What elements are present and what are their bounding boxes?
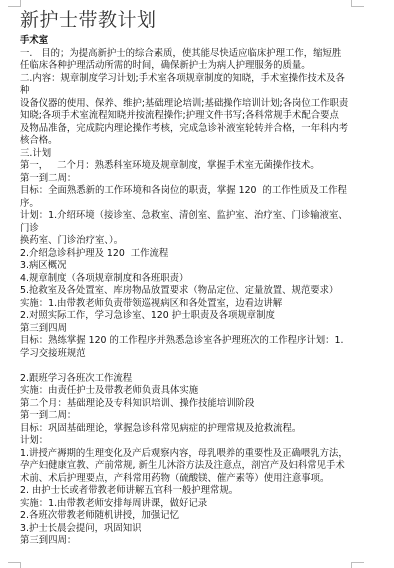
page-corner-mark-top-right [351, 0, 364, 7]
document-title: 新护士带教计划 [20, 9, 352, 31]
document-line: 换药室、门诊治疗室、）。 [20, 235, 352, 248]
document-line: 实施：1.由带教老师负责带领巡视病区和各处置室，边看边讲解 [20, 298, 352, 311]
document-body: 一. 目的；为提高新护士的综合素质，使其能尽快适应临床护理工作，缩短胜任临床各种… [20, 48, 352, 548]
document-line: 3.护士长晨会提问，巩固知识 [20, 523, 352, 536]
page-corner-mark-bottom-right [351, 562, 364, 568]
document-line: 1.讲授产褥期的生理变化及产后观察内容，母乳喂养的重要性及正确喂乳方法， [20, 448, 352, 461]
document-line: 一. 目的；为提高新护士的综合素质，使其能尽快适应临床护理工作，缩短胜 [20, 48, 352, 61]
document-line: 任临床各种护理活动所需的时间，确保新护士为病人护理服务的质量。 [20, 60, 352, 73]
document-line: 2.介绍急诊科护理及 120 工作流程 [20, 248, 352, 261]
document-line: 三.计划 [20, 148, 352, 161]
page-corner-mark-top-left [8, 0, 21, 7]
document-line: 目标：熟练掌握 120 的工作程序并熟悉急诊室各护理班次的工作程序计划：1. [20, 335, 352, 348]
document-line: 术前、术后护理要点，产科常用药物（硫酸镁、催产素等）使用注意事项。 [20, 473, 352, 486]
document-line: 第三到四周： [20, 535, 352, 548]
document-line: 2.各班次带教老师随机讲授，加强记忆 [20, 510, 352, 523]
document-line: 2. 由护士长或者带教老师讲解五官科一般护理常规。 [20, 485, 352, 498]
document-line: 3.病区概况 [20, 260, 352, 273]
document-line: 第一， 二个月：熟悉科室环境及规章制度，掌握手术室无菌操作技术。 [20, 160, 352, 173]
document-line: 第三到四周 [20, 323, 352, 336]
document-line: 5.抢救室及各处置室、库房物品放置要求（物品定位、定量放置、规范要求） [20, 285, 352, 298]
document-line: 知晓;各项手术室流程知晓并按流程操作;护理文件书写;各科常规手术配合要点 [20, 110, 352, 123]
document-line: 计划： [20, 435, 352, 448]
page-corner-mark-bottom-left [8, 562, 21, 568]
department-heading: 手术室 [20, 35, 352, 48]
document-line: 二.内容：规章制度学习计划;手术室各项规章制度的知晓，手术室操作技术及各 [20, 73, 352, 86]
document-line: 种 [20, 85, 352, 98]
document-line: 学习交接班规范 [20, 348, 352, 361]
document-line: 及物品准备，完成院内理论操作考核，完成急诊补液室轮转并合格，一年科内考 [20, 123, 352, 136]
document-line: 实施：1.由带教老师安排每周讲课，做好记录 [20, 498, 352, 511]
document-line: 第二个月：基础理论及专科知识培训、操作技能培训阶段 [20, 398, 352, 411]
document-line: 孕产妇健康宣教、产前常规, 新生儿沐浴方法及注意点，剖宫产及妇科常见手术 [20, 460, 352, 473]
document-line: 2.对照实际工作，学习急诊室、120 护士职责及各项规章制度 [20, 310, 352, 323]
document-line [20, 360, 352, 373]
document-line: 设备仪器的使用、保养、维护;基础理论培训;基础操作培训计划;各岗位工作职责 [20, 98, 352, 111]
document-line: 计划：1.介绍环境（接诊室、急救室、清创室、监护室、治疗室、门诊输液室、 [20, 210, 352, 223]
document-page: 新护士带教计划 手术室 一. 目的；为提高新护士的综合素质，使其能尽快适应临床护… [20, 9, 352, 548]
document-line: 序。 [20, 198, 352, 211]
document-line: 目标：全面熟悉新的工作环境和各岗位的职责，掌握 120 的工作性质及工作程 [20, 185, 352, 198]
document-line: 目标：巩固基础理论，掌握急诊科常见病症的护理常规及抢救流程。 [20, 423, 352, 436]
document-line: 4.规章制度（各项规章制度和各班职责） [20, 273, 352, 286]
document-line: 核合格。 [20, 135, 352, 148]
document-line: 门诊 [20, 223, 352, 236]
document-line: 实施：由责任护士及带教老师负责具体实施 [20, 385, 352, 398]
document-line: 2.跟班学习各班次工作流程 [20, 373, 352, 386]
document-line: 第一到二周： [20, 410, 352, 423]
document-line: 第一到二周： [20, 173, 352, 186]
